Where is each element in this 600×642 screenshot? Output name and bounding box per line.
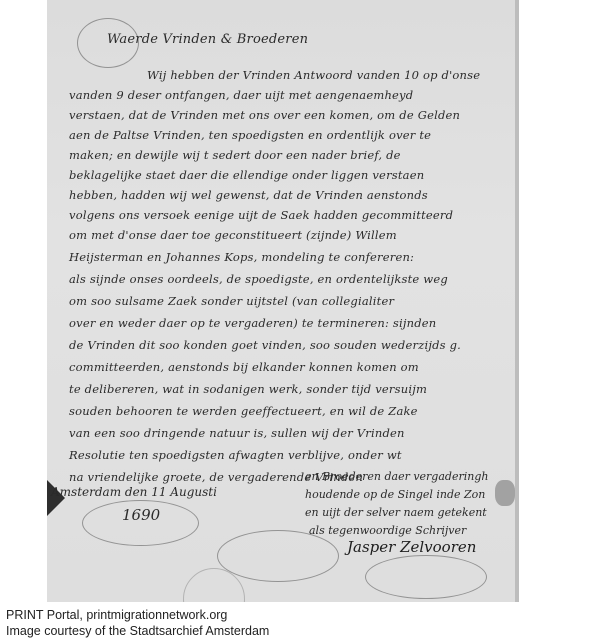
letter-line: aen de Paltse Vrinden, ten spoedigsten e… [69,128,431,142]
letter-line: om met d'onse daer toe geconstitueert (z… [69,228,397,242]
letter-line: als sijnde onses oordeels, de spoedigste… [69,272,448,286]
flourish-decoration [82,500,199,546]
caption-source: PRINT Portal, printmigrationnetwork.org [6,608,227,622]
letter-line: committeerden, aenstonds bij elkander ko… [69,360,419,374]
letter-line: hebben, hadden wij wel gewenst, dat de V… [69,188,428,202]
letter-line: te delibereren, wat in sodanigen werk, s… [69,382,427,396]
signature: Jasper Zelvooren [347,538,476,556]
letter-line: beklagelijke staet daer die ellendige on… [69,168,424,182]
signature-flourish [365,555,487,599]
letter-line: om soo sulsame Zaek sonder uijtstel (van… [69,294,394,308]
ink-stain [495,480,515,506]
closing-line: en Broederen daer vergaderingh [305,470,488,483]
letter-line: over en weder daer op te vergaderen) te … [69,316,436,330]
letter-line: de Vrinden dit soo konden goet vinden, s… [69,338,461,352]
letter-line: souden behooren te werden geeffectueert,… [69,404,418,418]
flourish-decoration [217,530,339,582]
letter-salutation: Waerde Vrinden & Broederen [107,32,308,47]
caption-credit: Image courtesy of the Stadtsarchief Amst… [6,624,269,638]
letter-line: maken; en dewijle wij t sedert door een … [69,148,401,162]
place-date: Amsterdam den 11 Augusti [51,485,217,499]
page-edge [515,0,519,602]
letter-line: Resolutie ten spoedigsten afwagten verbl… [69,448,402,462]
closing-line: houdende op de Singel inde Zon [305,488,485,501]
letter-line: van een soo dringende natuur is, sullen … [69,426,405,440]
letter-line: volgens ons versoek eenige uijt de Saek … [69,208,453,222]
letter-line: Wij hebben der Vrinden Antwoord vanden 1… [147,68,480,82]
closing-line: en uijt der selver naem getekent [305,506,487,519]
letter-line: Heijsterman en Johannes Kops, mondeling … [69,250,414,264]
letter-line: vanden 9 deser ontfangen, daer uijt met … [69,88,413,102]
closing-line: als tegenwoordige Schrijver [309,524,466,537]
manuscript-scan: Waerde Vrinden & Broederen Wij hebben de… [47,0,519,602]
letter-line: verstaen, dat de Vrinden met ons over ee… [69,108,460,122]
